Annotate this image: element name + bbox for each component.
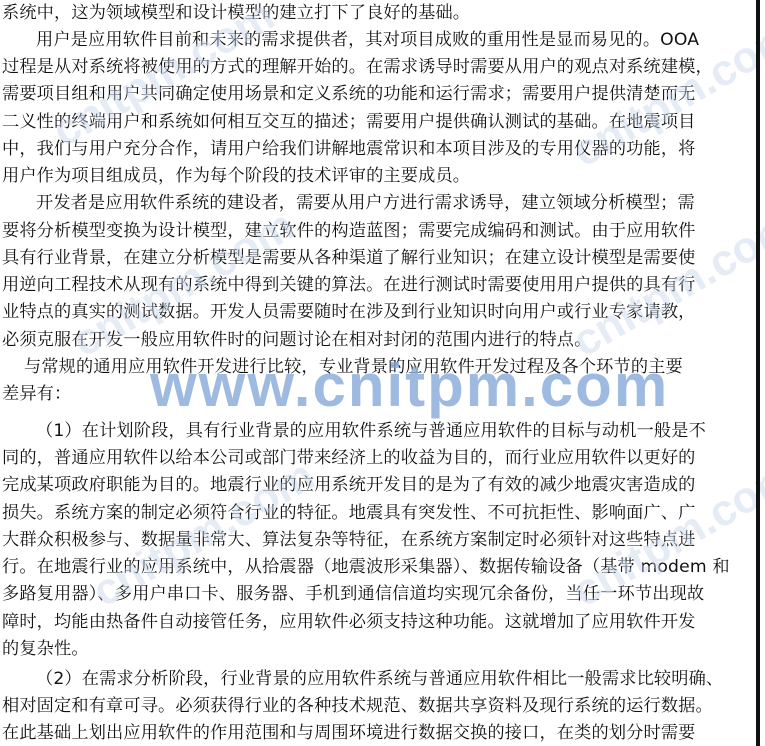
text-line: 必须克服在开发一般应用软件时的问题讨论在相对封闭的范围内进行的特点。: [2, 327, 591, 354]
text-line: 与常规的通用应用软件开发进行比较，专业背景的应用软件开发过程及各个环节的主要: [24, 354, 683, 381]
text-line: 障时，均能由热备件自动接管任务，应用软件必须支持这种功能。这就增加了应用软件开发: [2, 609, 696, 636]
text-line: 用户作为项目组成员，作为每个阶段的技术评审的主要成员。: [2, 163, 470, 190]
text-line: 损失。系统方案的制定必须符合行业的特征。地震具有突发性、不可抗拒性、影响面广、广: [2, 500, 696, 527]
text-line: 相对固定和有章可寻。必须获得行业的各种技术规范、数据共享资料及现行系统的运行数据…: [2, 693, 713, 720]
text-line: 开发者是应用软件系统的建设者，需要从用户方进行需求诱导，建立领域分析模型；需: [36, 190, 695, 217]
text-line: 同的，普通应用软件以给本公司或部门带来经济上的收益为目的，而行业应用软件以更好的: [2, 445, 696, 472]
text-line: 的复杂性。: [2, 636, 89, 663]
text-line: 用逆向工程技术从现有的系统中得到关键的算法。在进行测试时需要使用用户提供的具有行: [2, 272, 696, 299]
text-line: 用户是应用软件目前和未来的需求提供者，其对项目成败的重用性是显而易见的。OOA: [36, 27, 699, 54]
page-border: [756, 0, 760, 746]
text-line: 要将分析模型变换为设计模型，建立软件的构造蓝图；需要完成编码和测试。由于应用软件: [2, 218, 696, 245]
text-line: 多路复用器）、多用户串口卡、服务器、手机到通信信道均实现冗余备份，当任一环节出现…: [2, 581, 704, 608]
text-line: 中，我们与用户充分合作，请用户给我们讲解地震常识和本项目涉及的专用仪器的功能，将: [2, 136, 696, 163]
document-page: 系统中，这为领域模型和设计模型的建立打下了良好的基础。 用户是应用软件目前和未来…: [0, 0, 753, 746]
text-line: 系统中，这为领域模型和设计模型的建立打下了良好的基础。: [2, 0, 470, 27]
text-line: 具有行业背景，在建立分析模型是需要从各种渠道了解行业知识；在建立设计模型是需要使: [2, 245, 696, 272]
text-line: 行。在地震行业的应用系统中，从拾震器（地震波形采集器）、数据传输设备（基带 mo…: [2, 554, 730, 581]
text-line: （2）在需求分析阶段，行业背景的应用软件系统与普通应用软件相比一般需求比较明确、: [36, 666, 723, 693]
text-line: 差异有：: [2, 381, 71, 408]
text-line: 业特点的真实的测试数据。开发人员需要随时在涉及到行业知识时向用户或行业专家请教，: [2, 299, 696, 326]
text-line: 二义性的终端用户和系统如何相互交互的描述；需要用户提供确认测试的基础。在地震项目: [2, 109, 696, 136]
text-line: （1）在计划阶段，具有行业背景的应用软件系统与普通应用软件的目标与动机一般是不: [36, 418, 706, 445]
text-line: 在此基础上划出应用软件的作用范围和与周围环境进行数据交换的接口，在类的划分时需要: [2, 720, 696, 746]
text-line: 过程是从对系统将被使用的方式的理解开始的。在需求诱导时需要从用户的观点对系统建模…: [2, 54, 713, 81]
text-line: 需要项目组和用户共同确定使用场景和定义系统的功能和运行需求；需要用户提供清楚而无: [2, 81, 696, 108]
text-line: 完成某项政府职能为目的。地震行业的应用系统开发目的是为了有效的减少地震灾害造成的: [2, 472, 696, 499]
text-line: 大群众积极参与、数据量非常大、算法复杂等特征，在系统方案制定时必须针对这些特点进: [2, 527, 696, 554]
